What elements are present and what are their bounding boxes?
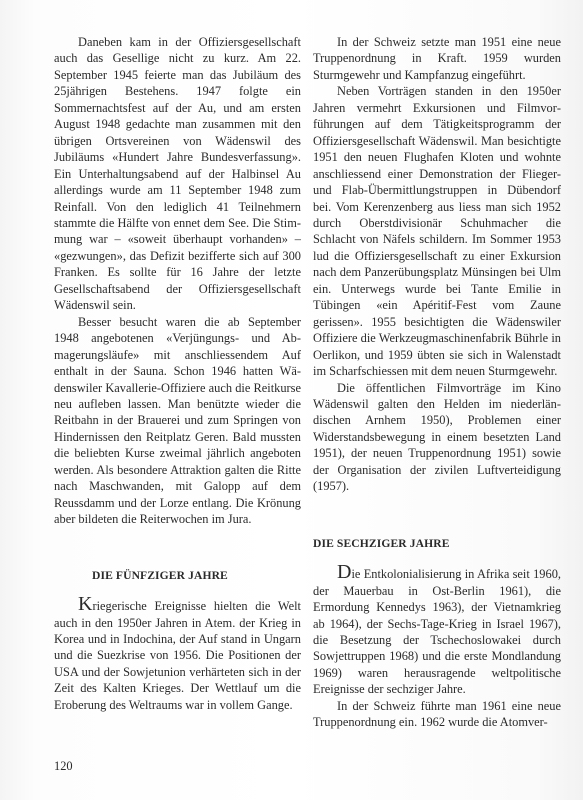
paragraph-sixties-intro: Die Entkolonialisierung in Afrika seit 1… (313, 564, 561, 698)
left-column: Daneben kam in der Offiziersgesell­schaf… (54, 34, 301, 713)
heading-sixties: DIE SECHZIGER JAHRE (313, 536, 561, 552)
paragraph-fifties-text: riegerische Ereignisse hielten die Welt … (54, 599, 301, 712)
paragraph-film-lectures: Die öffentlichen Filmvorträge im Kino Wä… (313, 380, 561, 495)
paragraph-fifties-intro: Kriegerische Ereignisse hielten die Welt… (54, 596, 301, 713)
dropcap-d: D (337, 561, 351, 583)
paragraph-troop-order-1961: In der Schweiz führte man 1961 eine neue… (313, 698, 561, 731)
paragraph-riding-courses: Besser besucht waren die ab September 19… (54, 314, 301, 528)
book-page: Daneben kam in der Offiziersgesell­schaf… (0, 0, 583, 800)
paragraph-troop-order-1951: In der Schweiz setzte man 1951 eine neue… (313, 34, 561, 83)
paragraph-excursions: Neben Vorträgen standen in den 1950er Ja… (313, 83, 561, 379)
paragraph-sixties-text: ie Entkolonialisierung in Afrika seit 19… (313, 567, 561, 696)
heading-fifties: DIE FÜNFZIGER JAHRE (92, 568, 301, 584)
right-column: In der Schweiz setzte man 1951 eine neue… (313, 34, 561, 731)
page-number: 120 (54, 759, 73, 774)
paragraph-social-life: Daneben kam in der Offiziersgesell­schaf… (54, 34, 301, 314)
dropcap-k: K (78, 593, 92, 615)
